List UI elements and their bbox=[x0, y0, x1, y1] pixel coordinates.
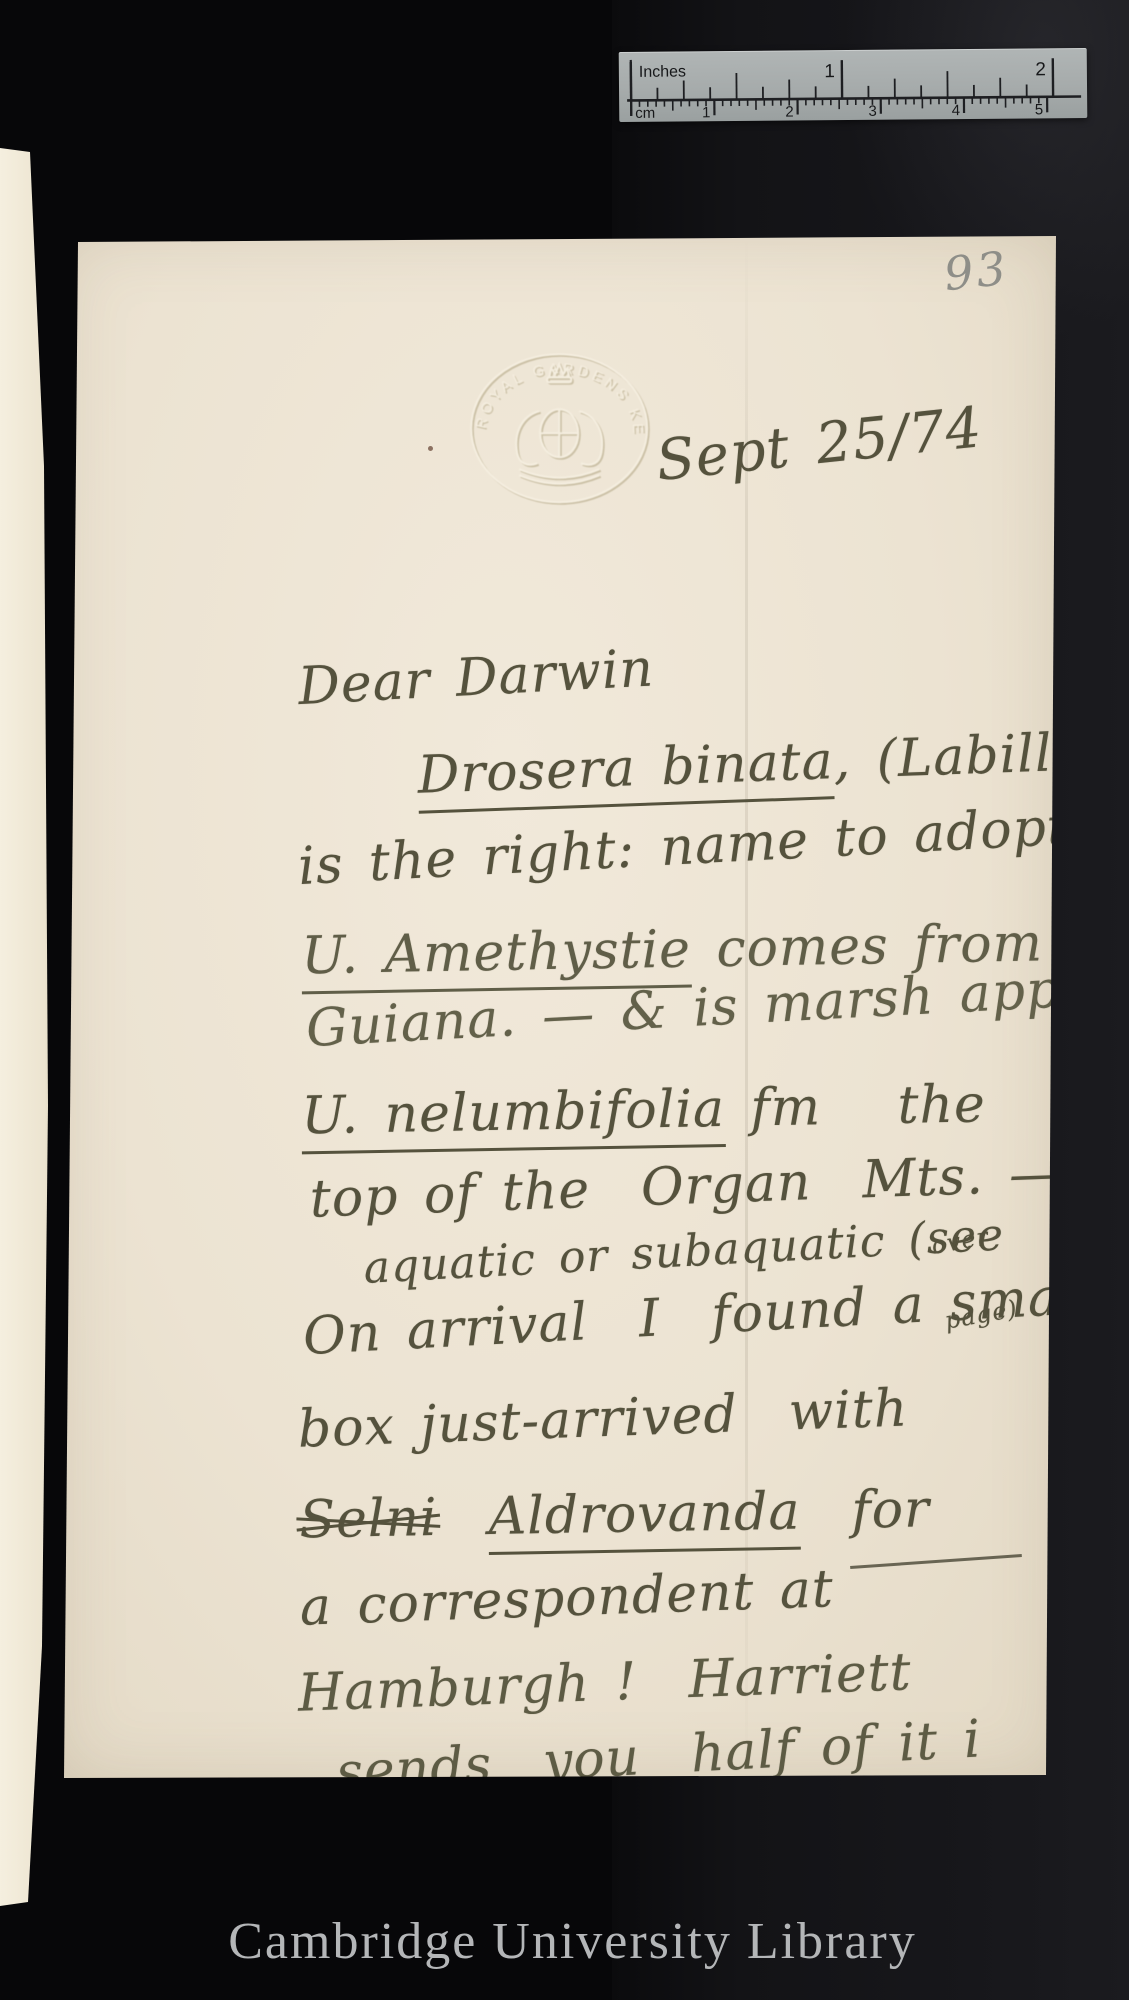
embossed-seal: ROYAL GARDENS KEW bbox=[462, 346, 658, 512]
ruler-number: 2 bbox=[1035, 59, 1046, 80]
measurement-ruler: 12Inches12345cm bbox=[619, 48, 1088, 122]
underlying-folio-edge bbox=[0, 146, 72, 1912]
ruler-number: 3 bbox=[868, 103, 876, 120]
ruler-number: 1 bbox=[824, 61, 835, 82]
library-watermark: Cambridge University Library bbox=[8, 1912, 1129, 1971]
ruler-number: 5 bbox=[1035, 101, 1043, 118]
manuscript-page: 93 ROYAL GARDENS KEW bbox=[58, 234, 1060, 1780]
ruler-number: Inches bbox=[639, 63, 686, 80]
ruler-tick bbox=[627, 97, 1081, 101]
ruler-number: cm bbox=[635, 105, 655, 122]
date-line: Sept 25/74 bbox=[653, 396, 985, 494]
ruler-number: 4 bbox=[952, 102, 960, 119]
ruler-number: 2 bbox=[785, 104, 793, 121]
ink-spot bbox=[428, 446, 433, 451]
photo-stage: 12Inches12345cm 93 ROYAL GARDENS KEW bbox=[0, 0, 1129, 2000]
page-number-annotation: 93 bbox=[941, 241, 1011, 301]
ruler-scale: 12Inches12345cm bbox=[619, 48, 1088, 122]
ruler-number: 1 bbox=[702, 104, 710, 121]
